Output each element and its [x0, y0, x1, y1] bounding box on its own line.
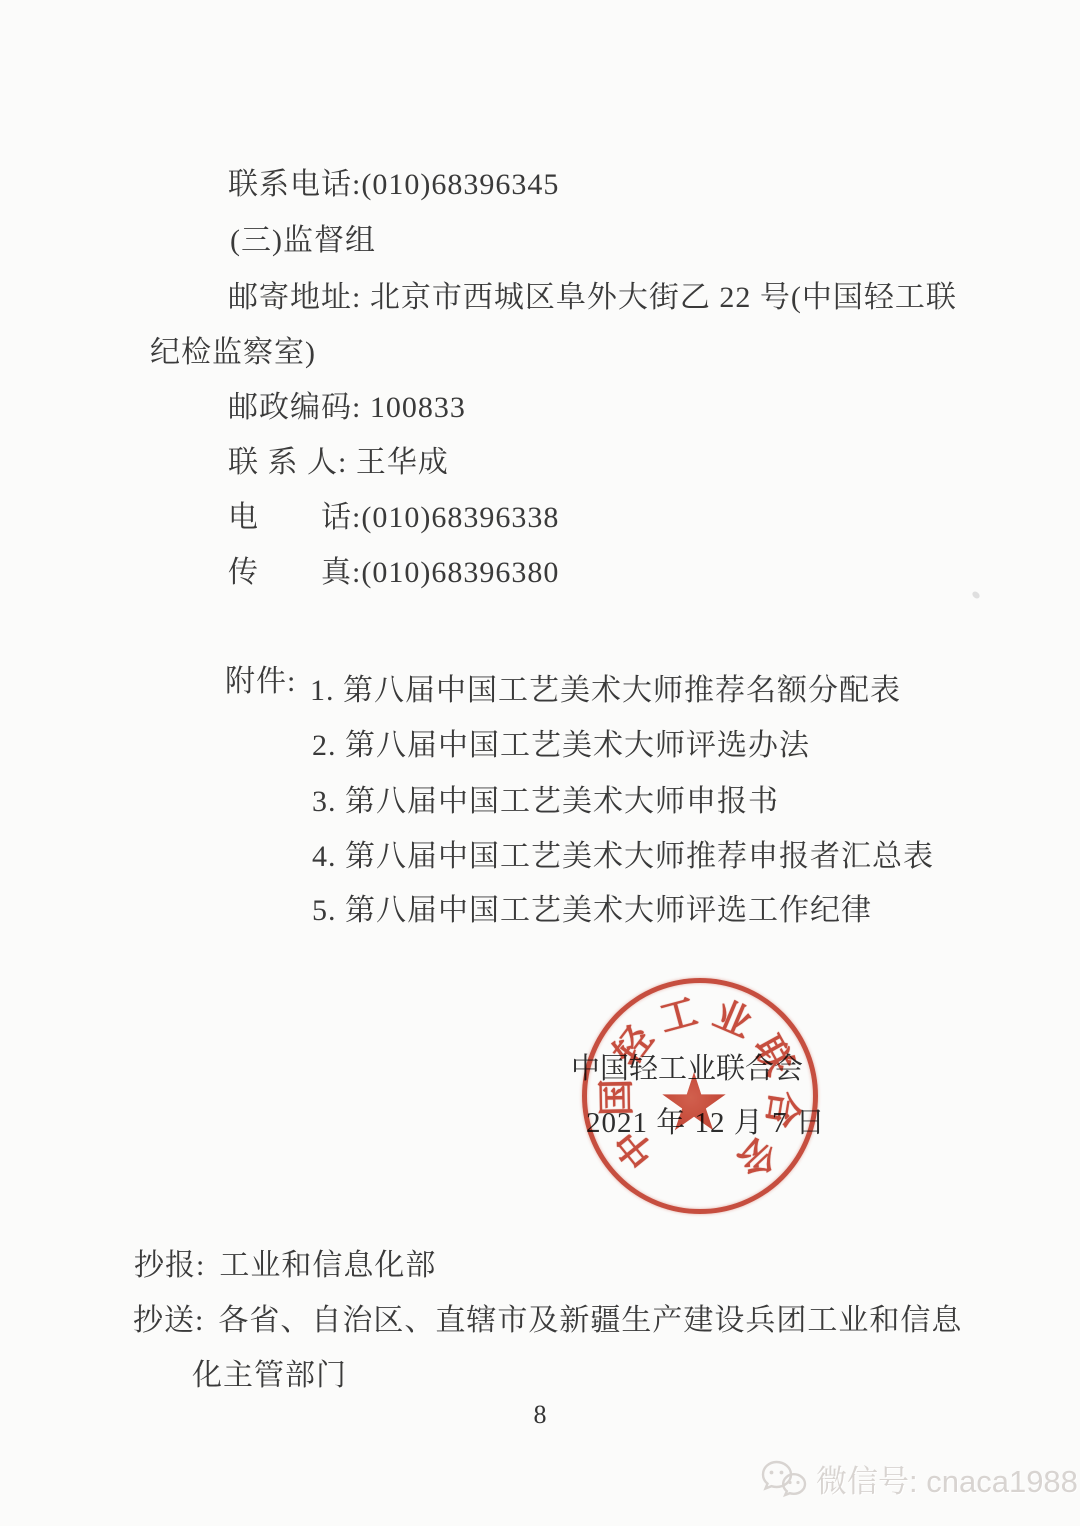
telephone-line: 电 话:(010)68396338 [228, 501, 559, 535]
supervision-group-heading: (三)监督组 [230, 224, 376, 258]
scanned-document-page: 联系电话:(010)68396345 (三)监督组 邮寄地址: 北京市西城区阜外… [0, 0, 1080, 1526]
copy-report-label: 抄报: [134, 1249, 205, 1282]
contact-phone-line: 联系电话:(010)68396345 [228, 168, 559, 202]
postal-code-line: 邮政编码: 100833 [228, 391, 466, 425]
wechat-id-label: 微信号: cnaca1988 [816, 1456, 1078, 1501]
mailing-address-line-1: 邮寄地址: 北京市西城区阜外大街乙 22 号(中国轻工联 [228, 281, 957, 315]
copy-report-value: 工业和信息化部 [219, 1249, 436, 1282]
attachment-item-2: 2. 第八届中国工艺美术大师评选办法 [312, 720, 810, 764]
mailing-address-line-2: 纪检监察室) [150, 336, 316, 370]
attachment-item-5: 5. 第八届中国工艺美术大师评选工作纪律 [312, 885, 872, 929]
page-number: 8 [0, 1400, 1080, 1430]
copy-send-value-line-1: 各省、自治区、直辖市及新疆生产建设兵团工业和信息 [218, 1304, 962, 1337]
copy-send-label: 抄送: [133, 1304, 204, 1337]
official-seal-stamp: 中国轻工业联合会 [582, 978, 818, 1214]
seal-ring-char: 国 [586, 1079, 641, 1117]
scan-artifact-speck [971, 590, 981, 600]
contact-person-line: 联 系 人: 王华成 [228, 446, 449, 480]
copy-send-value-line-2: 化主管部门 [192, 1350, 347, 1394]
copy-send-line: 抄送:各省、自治区、直辖市及新疆生产建设兵团工业和信息 [133, 1295, 962, 1339]
copy-report-line: 抄报:工业和信息化部 [134, 1240, 436, 1284]
attachment-item-4: 4. 第八届中国工艺美术大师推荐申报者汇总表 [312, 831, 934, 875]
wechat-watermark: 微信号: cnaca1988 [760, 1456, 1078, 1501]
fax-line: 传 真:(010)68396380 [228, 556, 559, 590]
attachments-label: 附件: [225, 665, 296, 699]
wechat-icon [760, 1459, 808, 1499]
attachment-item-3: 3. 第八届中国工艺美术大师申报书 [312, 776, 779, 820]
attachment-item-1: 1. 第八届中国工艺美术大师推荐名额分配表 [310, 665, 901, 709]
